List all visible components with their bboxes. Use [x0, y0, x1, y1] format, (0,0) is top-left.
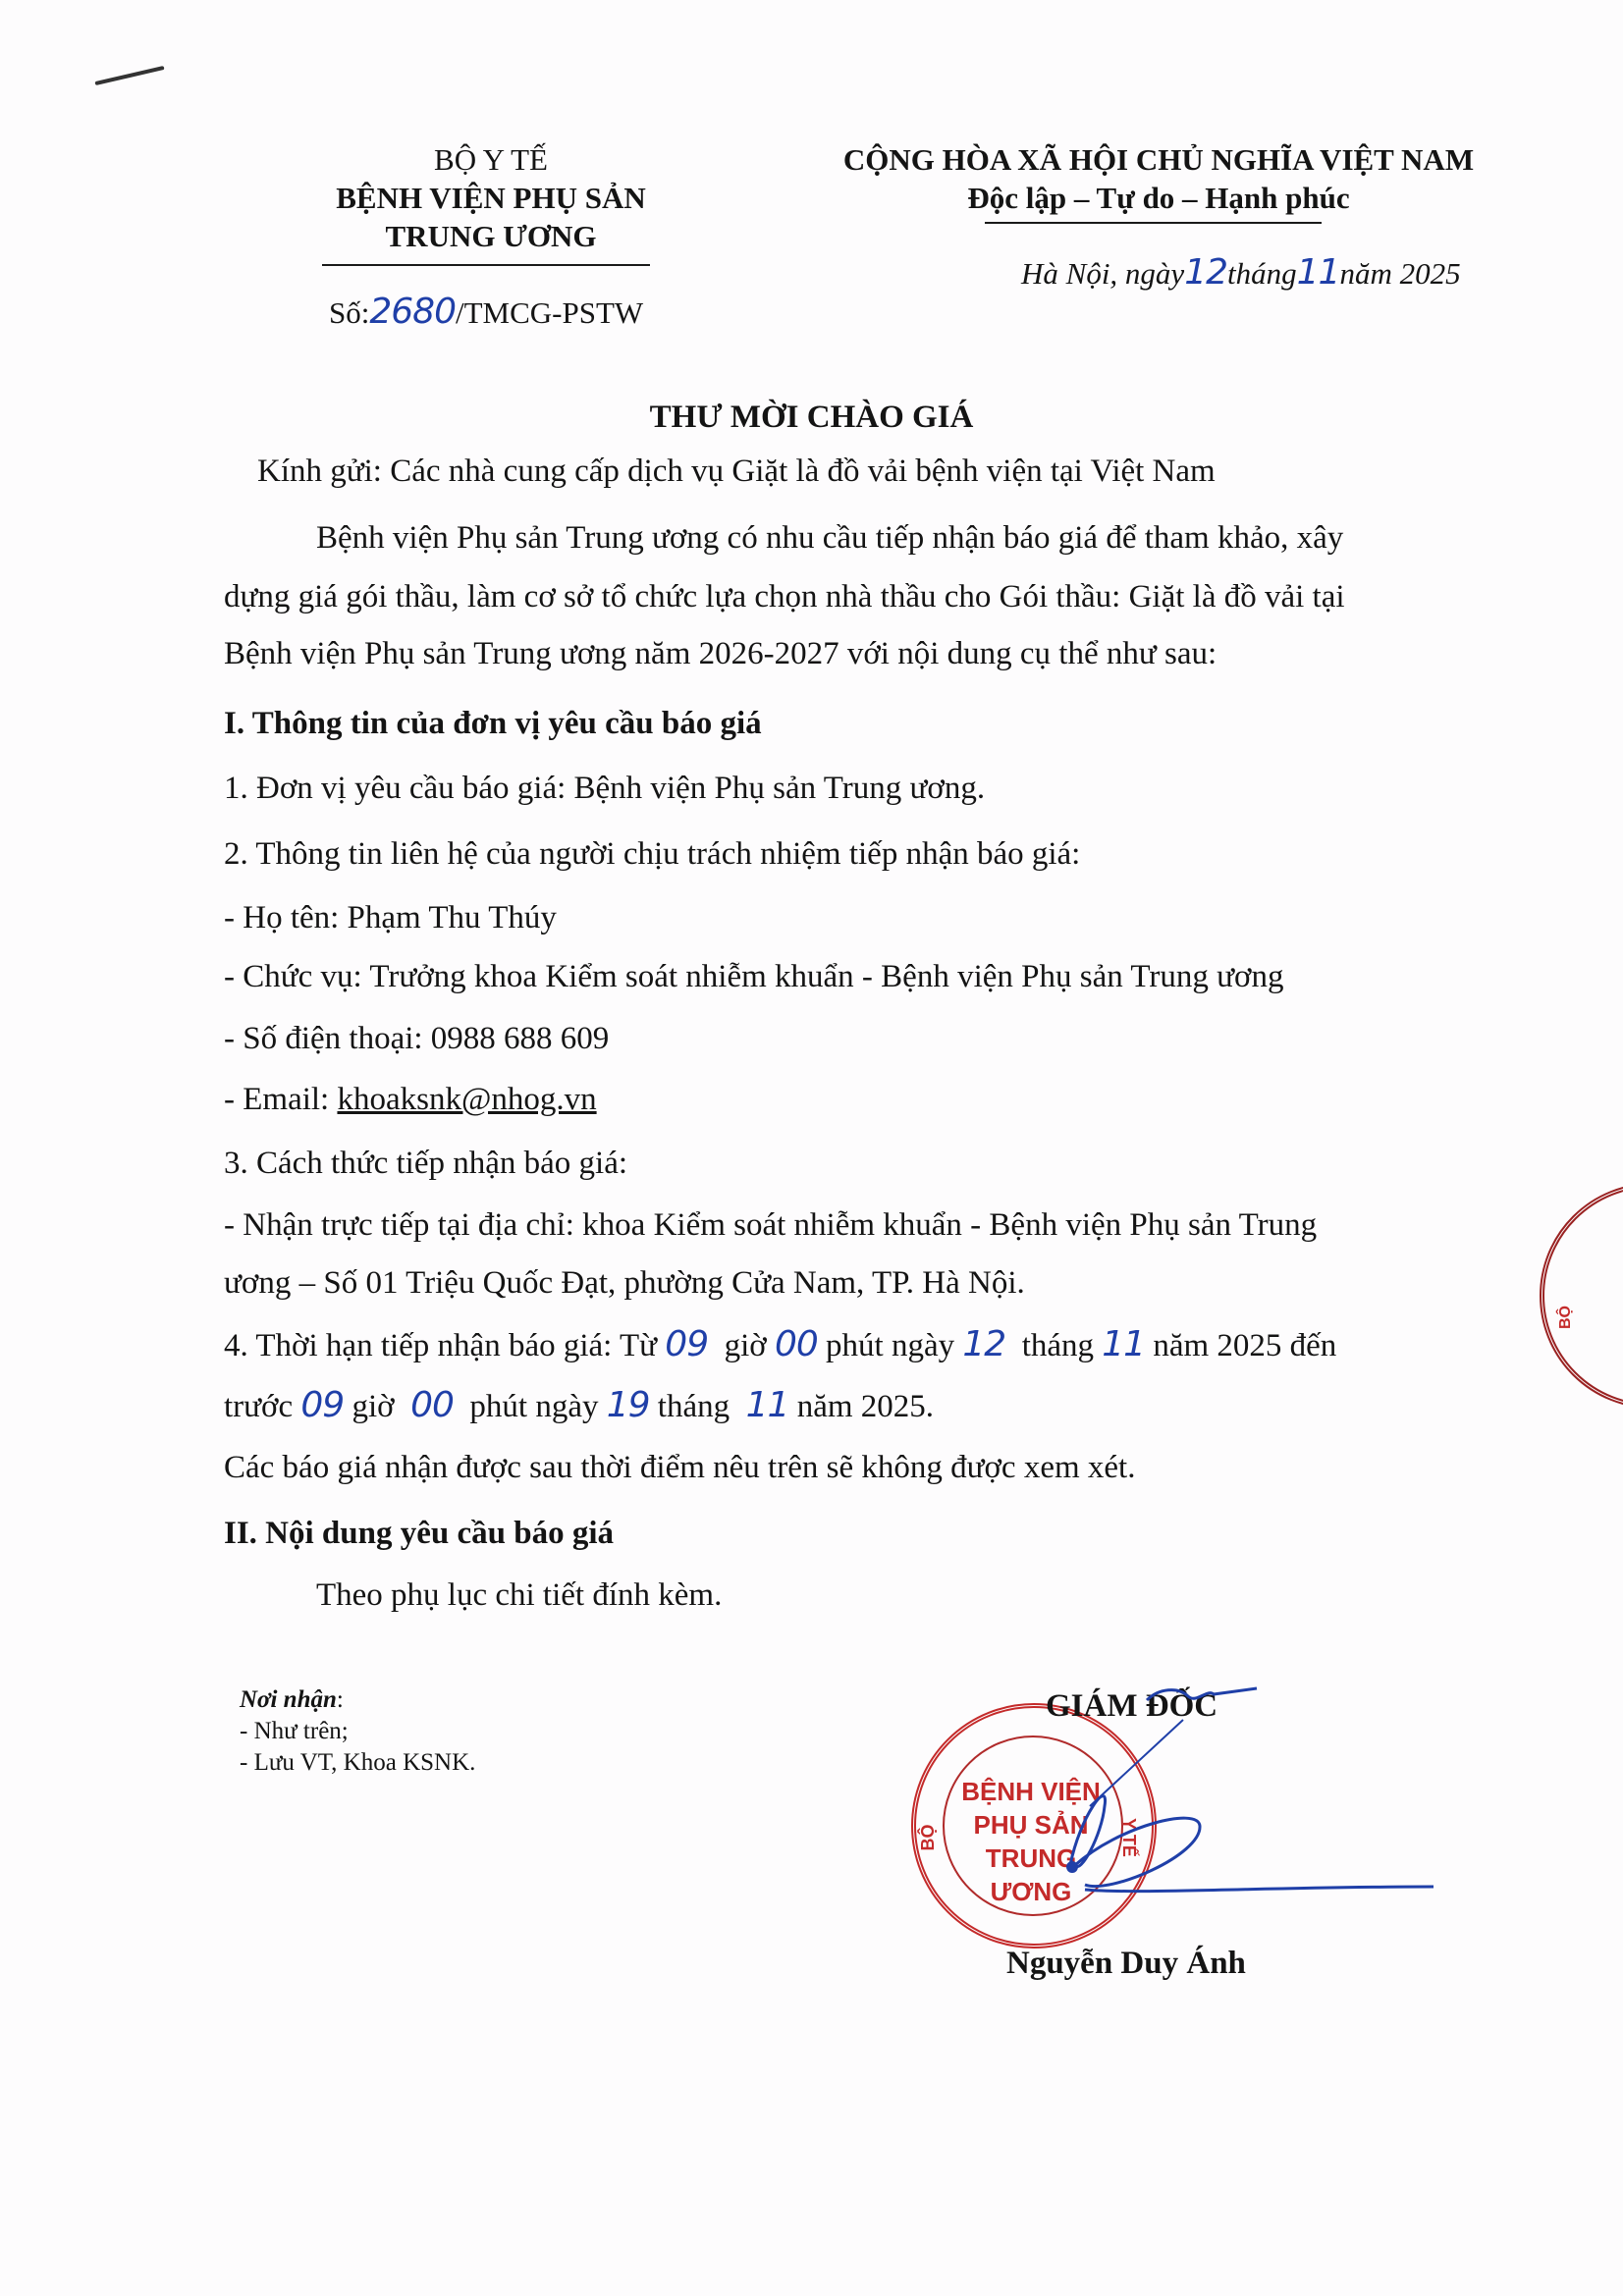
- doc-number-suffix: /TMCG-PSTW: [456, 295, 643, 330]
- from-month-handwritten: 11: [1102, 1324, 1145, 1364]
- ministry-name: BỘ Y TẾ: [295, 140, 687, 180]
- contact-phone: - Số điện thoại: 0988 688 609: [224, 1019, 609, 1058]
- header-left-divider: [322, 264, 650, 266]
- recipient-item: - Như trên;: [240, 1716, 349, 1747]
- date-prefix: Hà Nội, ngày: [1021, 256, 1184, 291]
- signer-name: Nguyễn Duy Ánh: [1006, 1944, 1246, 1983]
- submission-method-heading: 3. Cách thức tiếp nhận báo giá:: [224, 1144, 627, 1183]
- late-submission-notice: Các báo giá nhận được sau thời điểm nêu …: [224, 1448, 1135, 1487]
- email-label: - Email:: [224, 1082, 337, 1117]
- minute-day-label-2: phút ngày: [469, 1389, 598, 1424]
- place-date: Hà Nội, ngày12tháng11năm 2025: [1021, 253, 1461, 294]
- month-label: tháng: [1022, 1328, 1094, 1363]
- before-label: trước: [224, 1389, 293, 1424]
- recipients-colon: :: [337, 1686, 344, 1713]
- recipients-label-text: Nơi nhận: [240, 1686, 337, 1713]
- date-month-handwritten: 11: [1297, 252, 1340, 293]
- from-year-suffix: năm 2025 đến: [1153, 1328, 1336, 1363]
- contact-info-heading: 2. Thông tin liên hệ của người chịu trác…: [224, 834, 1080, 874]
- to-day-handwritten: 19: [607, 1385, 650, 1425]
- hour-label-2: giờ: [352, 1389, 394, 1424]
- partial-stamp-text: BỘ: [1549, 1303, 1583, 1332]
- section2-content: Theo phụ lục chi tiết đính kèm.: [316, 1575, 722, 1615]
- to-hour-handwritten: 09: [300, 1385, 344, 1425]
- deadline-line-1: 4. Thời hạn tiếp nhận báo giá: Từ 09 giờ…: [224, 1325, 1336, 1365]
- contact-name: - Họ tên: Phạm Thu Thúy: [224, 898, 557, 937]
- doc-number-handwritten: 2680: [369, 292, 456, 332]
- address-line-1: - Nhận trực tiếp tại địa chỉ: khoa Kiểm …: [224, 1205, 1317, 1245]
- from-day-handwritten: 12: [962, 1324, 1005, 1364]
- deadline-line-2: trước 09 giờ 00 phút ngày 19 tháng 11 nă…: [224, 1386, 934, 1426]
- from-minute-handwritten: 00: [775, 1324, 818, 1364]
- to-month-handwritten: 11: [746, 1385, 789, 1425]
- pen-mark: [94, 66, 164, 85]
- section2-heading: II. Nội dung yêu cầu báo giá: [224, 1514, 614, 1553]
- doc-number-prefix: Số:: [329, 295, 369, 330]
- intro-line-3: Bệnh viện Phụ sản Trung ương năm 2026-20…: [224, 634, 1217, 673]
- date-day-handwritten: 12: [1184, 252, 1227, 293]
- email-link[interactable]: khoaksnk@nhog.vn: [337, 1082, 596, 1117]
- section1-heading: I. Thông tin của đơn vị yêu cầu báo giá: [224, 704, 762, 743]
- contact-position: - Chức vụ: Trưởng khoa Kiểm soát nhiễm k…: [224, 957, 1283, 996]
- intro-line-1: Bệnh viện Phụ sản Trung ương có nhu cầu …: [316, 518, 1343, 558]
- header-right-divider: [985, 222, 1322, 224]
- month-label-2: tháng: [658, 1389, 730, 1424]
- to-year-suffix: năm 2025.: [797, 1389, 934, 1424]
- deadline-prefix: 4. Thời hạn tiếp nhận báo giá: Từ: [224, 1328, 657, 1363]
- recipients-label: Nơi nhận:: [240, 1684, 344, 1716]
- hospital-name-line1: BỆNH VIỆN PHỤ SẢN: [295, 179, 687, 218]
- recipient-item: - Lưu VT, Khoa KSNK.: [240, 1747, 475, 1779]
- date-year-label: năm 2025: [1339, 256, 1460, 291]
- document-title: THƯ MỜI CHÀO GIÁ: [0, 398, 1623, 437]
- signature-scribble-icon: [884, 1659, 1434, 1953]
- hour-label: giờ: [725, 1328, 767, 1363]
- to-minute-handwritten: 00: [410, 1385, 454, 1425]
- address-line-2: ương – Số 01 Triệu Quốc Đạt, phường Cửa …: [224, 1263, 1025, 1303]
- date-month-label: tháng: [1227, 256, 1297, 291]
- partial-page-stamp: [1540, 1183, 1623, 1409]
- hospital-name-line2: TRUNG ƯƠNG: [295, 217, 687, 256]
- minute-day-label: phút ngày: [826, 1328, 954, 1363]
- requesting-unit: 1. Đơn vị yêu cầu báo giá: Bệnh viện Phụ…: [224, 769, 985, 808]
- document-number: Số:2680/TMCG-PSTW: [329, 293, 643, 333]
- intro-line-2: dựng giá gói thầu, làm cơ sở tổ chức lựa…: [224, 577, 1345, 616]
- greeting: Kính gửi: Các nhà cung cấp dịch vụ Giặt …: [257, 452, 1216, 491]
- from-hour-handwritten: 09: [665, 1324, 708, 1364]
- contact-email-row: - Email: khoaksnk@nhog.vn: [224, 1080, 597, 1119]
- national-motto: Độc lập – Tự do – Hạnh phúc: [805, 179, 1512, 218]
- nation-title: CỘNG HÒA XÃ HỘI CHỦ NGHĨA VIỆT NAM: [805, 140, 1512, 180]
